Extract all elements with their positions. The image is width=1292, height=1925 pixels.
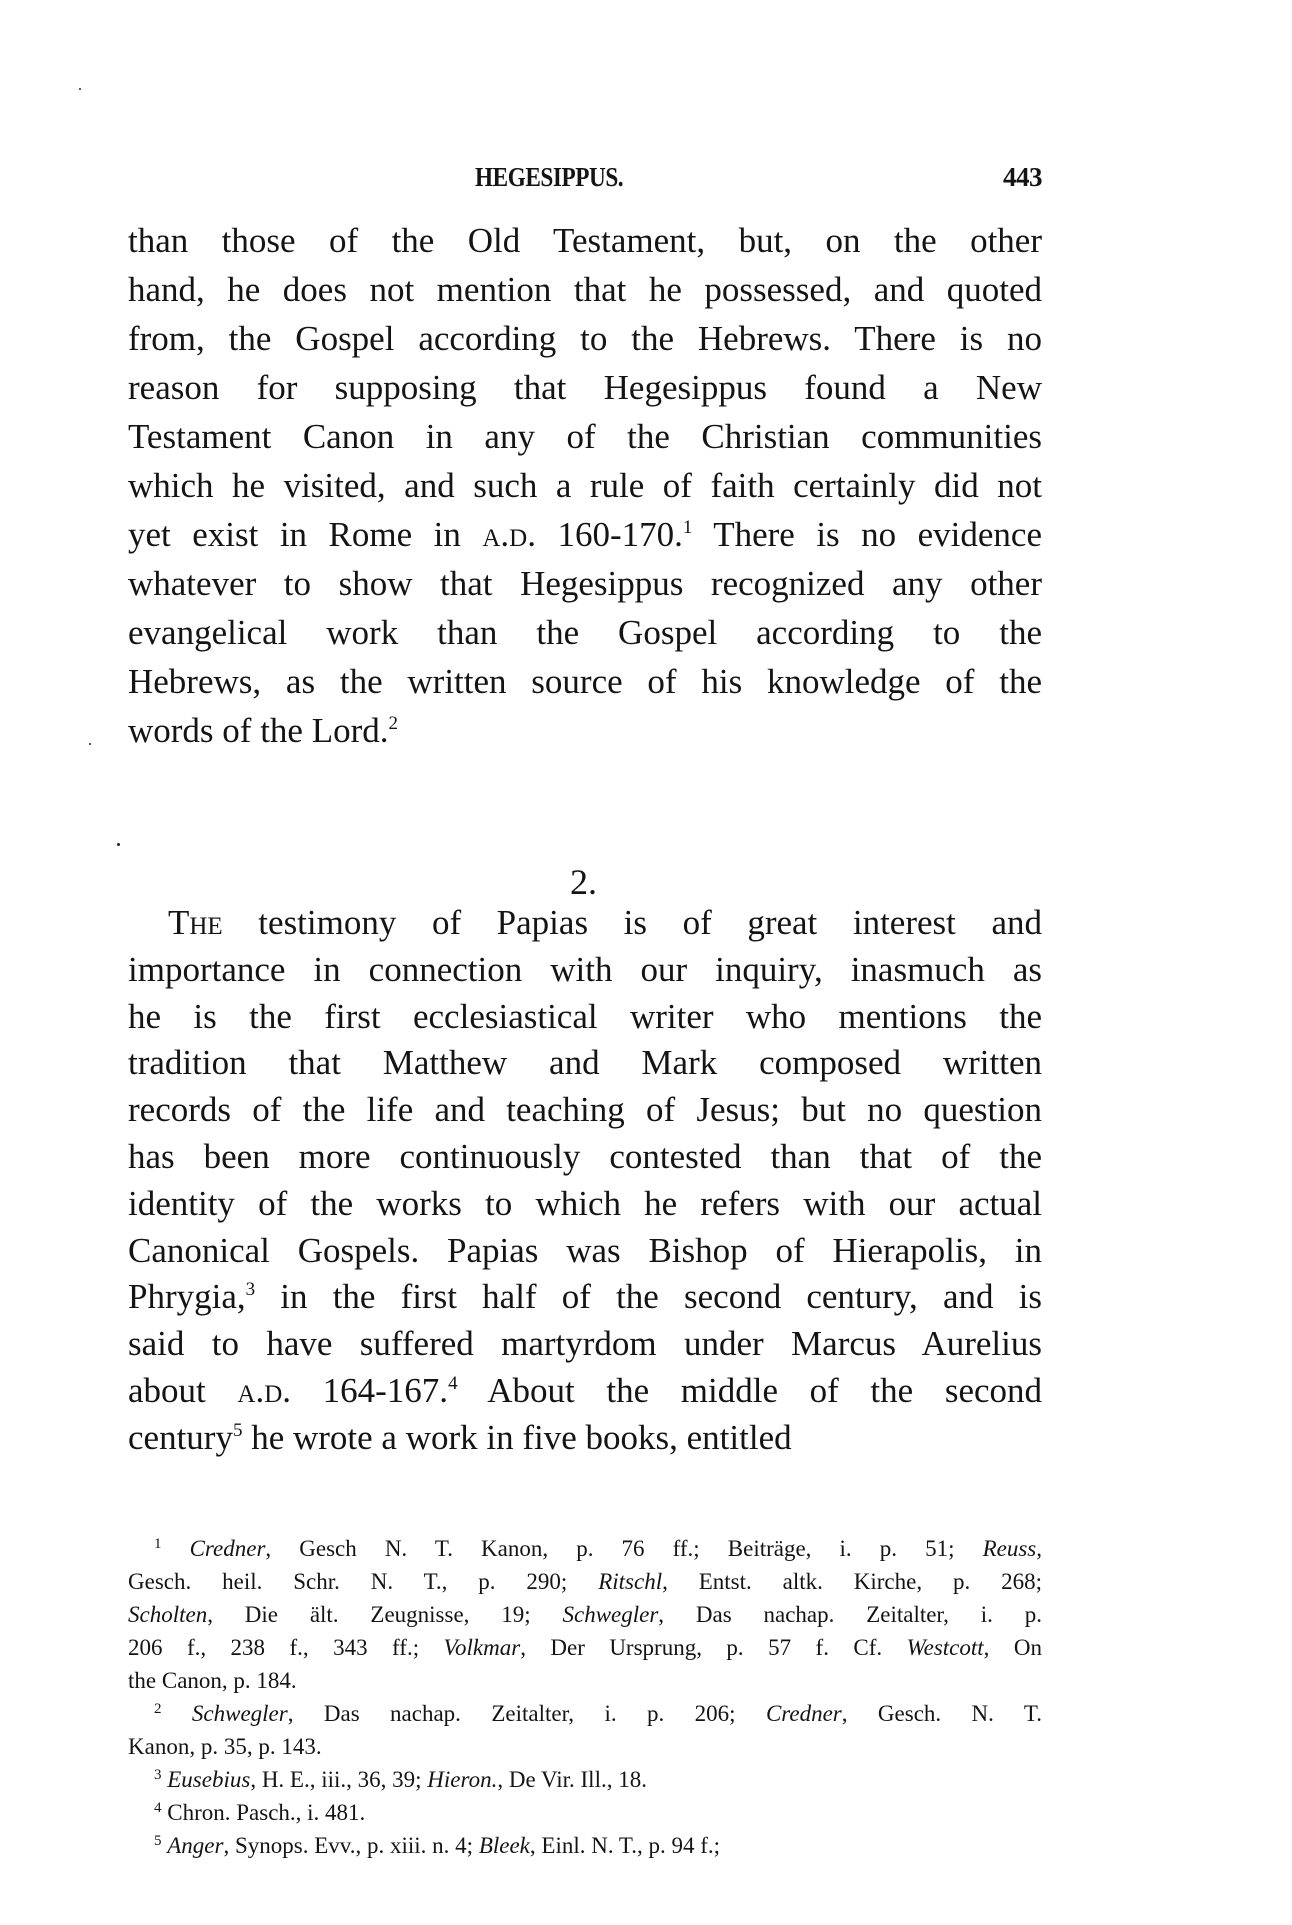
text-line: which he visited, and such a rule of fai… [128,461,1042,510]
text-line: he is the first ecclesiastical writer wh… [128,994,1042,1041]
footnote-line: the Canon, p. 184. [128,1664,1042,1697]
scan-speck [117,843,120,846]
footnote-line: 5 Anger, Synops. Evv., p. xiii. n. 4; Bl… [128,1829,1042,1862]
text-line: tradition that Matthew and Mark composed… [128,1040,1042,1087]
footnote-reference: 3 [246,1279,256,1300]
small-caps-text: a.d. [237,1371,291,1410]
footnote-reference: 5 [233,1420,243,1441]
section-2-paragraph: The testimony of Papias is of great inte… [128,900,1042,1462]
author-name: Reuss [983,1536,1037,1561]
small-caps-text: a.d. [482,515,536,554]
footnote-line: Gesch. heil. Schr. N. T., p. 290; Ritsch… [128,1565,1042,1598]
text-line: century5 he wrote a work in five books, … [128,1415,1042,1462]
footnote-line: Kanon, p. 35, p. 143. [128,1730,1042,1763]
small-caps-text: The [168,903,223,942]
footnote-reference: 4 [448,1373,458,1394]
footnote-line: 2 Schwegler, Das nachap. Zeitalter, i. p… [128,1697,1042,1730]
author-name: Schwegler [192,1701,288,1726]
author-name: Hieron. [427,1767,497,1792]
footnote-marker: 5 [154,1833,162,1849]
author-name: Scholten [128,1602,207,1627]
text-line: whatever to show that Hegesippus recogni… [128,559,1042,608]
scan-speck [79,88,81,90]
text-line: hand, he does not mention that he posses… [128,265,1042,314]
text-line: Canonical Gospels. Papias was Bishop of … [128,1228,1042,1275]
text-line: importance in connection with our inquir… [128,947,1042,994]
footnote-reference: 2 [389,713,399,734]
text-line: Hebrews, as the written source of his kn… [128,657,1042,706]
text-line: evangelical work than the Gospel accordi… [128,608,1042,657]
footnote-line: 206 f., 238 f., 343 ff.; Volkmar, Der Ur… [128,1631,1042,1664]
text-line: from, the Gospel according to the Hebrew… [128,314,1042,363]
footnote-line: 1 Credner, Gesch N. T. Kanon, p. 76 ff.;… [128,1532,1042,1565]
text-line: about a.d. 164-167.4 About the middle of… [128,1368,1042,1415]
author-name: Volkmar [444,1635,521,1660]
footnote-line: Scholten, Die ält. Zeugnisse, 19; Schweg… [128,1598,1042,1631]
page-number: 443 [1003,162,1042,193]
author-name: Westcott [907,1635,984,1660]
author-name: Schwegler [562,1602,658,1627]
footnote-reference: 1 [683,517,693,538]
text-line: reason for supposing that Hegesippus fou… [128,363,1042,412]
footnote-marker: 3 [154,1767,162,1783]
section-1-paragraph: than those of the Old Testament, but, on… [128,216,1042,755]
text-line: yet exist in Rome in a.d. 160-170.1 Ther… [128,510,1042,559]
scan-speck [89,743,91,745]
text-line: Phrygia,3 in the first half of the secon… [128,1274,1042,1321]
text-line: identity of the works to which he refers… [128,1181,1042,1228]
running-head: HEGESIPPUS. 443 [128,162,1042,196]
footnote-line: 4 Chron. Pasch., i. 481. [128,1796,1042,1829]
author-name: Ritschl [598,1569,662,1594]
text-line: records of the life and teaching of Jesu… [128,1087,1042,1134]
footnote-marker: 4 [154,1800,162,1816]
footnotes: 1 Credner, Gesch N. T. Kanon, p. 76 ff.;… [128,1532,1042,1862]
author-name: Anger [167,1833,223,1858]
author-name: Eusebius [167,1767,250,1792]
author-name: Bleek [479,1833,530,1858]
text-line: has been more continuously contested tha… [128,1134,1042,1181]
author-name: Credner [766,1701,842,1726]
text-line: The testimony of Papias is of great inte… [128,900,1042,947]
text-line: words of the Lord.2 [128,706,1042,755]
footnote-marker: 2 [154,1701,162,1717]
text-line: said to have suffered martyrdom under Ma… [128,1321,1042,1368]
text-line: than those of the Old Testament, but, on… [128,216,1042,265]
footnote-marker: 1 [154,1536,162,1552]
book-page: HEGESIPPUS. 443 than those of the Old Te… [0,0,1292,1925]
text-line: Testament Canon in any of the Christian … [128,412,1042,461]
footnote-line: 3 Eusebius, H. E., iii., 36, 39; Hieron.… [128,1763,1042,1796]
running-head-title: HEGESIPPUS. [475,162,623,193]
author-name: Credner [190,1536,266,1561]
